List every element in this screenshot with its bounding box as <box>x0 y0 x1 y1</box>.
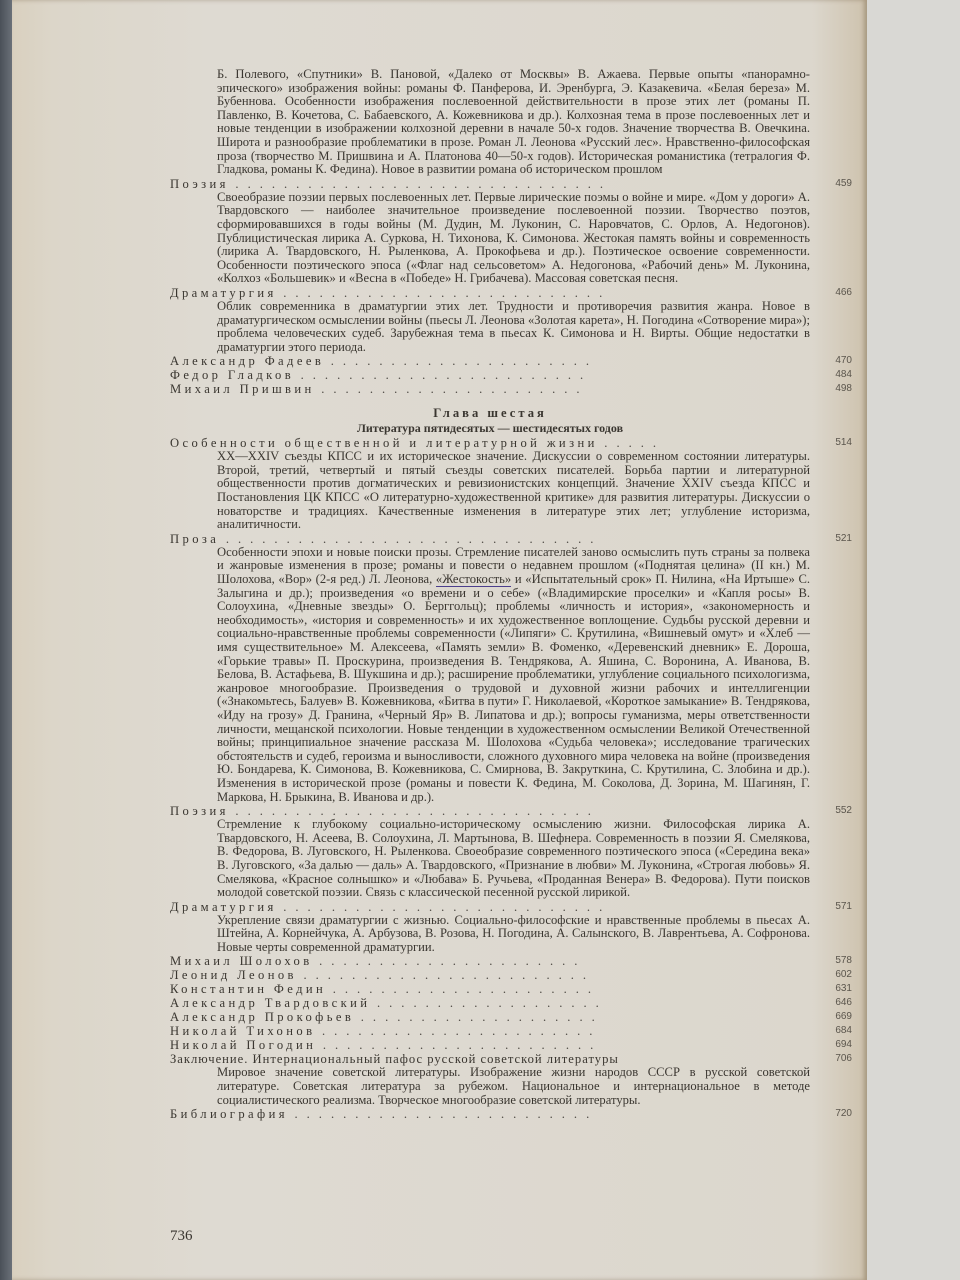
page-number: 706 <box>835 1052 852 1066</box>
leader-dots: ........................ <box>303 968 595 982</box>
leader-dots: .................... <box>361 1010 604 1024</box>
leader-dots: ....................... <box>322 1024 601 1038</box>
toc-entry-conclusion: Заключение. Интернациональный пафос русс… <box>170 1052 810 1066</box>
leader-dots: ............................... <box>235 177 612 191</box>
page-number: 552 <box>835 804 852 818</box>
page-number: 459 <box>835 177 852 191</box>
page-number: 578 <box>835 954 852 968</box>
toc-entry-bibliography: Библиография ......................... 7… <box>170 1107 810 1121</box>
leader-dots: ..... <box>604 436 665 450</box>
background-surface <box>867 0 960 1280</box>
entry-title: Особенности общественной и литературной … <box>170 436 598 450</box>
toc-author-entry: Константин Федин ......................6… <box>170 982 810 996</box>
entry-title: Драматургия <box>170 286 277 300</box>
author-name: Александр Твардовский <box>170 996 370 1010</box>
leader-dots: ........................ <box>301 368 593 382</box>
page-number: 514 <box>835 436 852 450</box>
page-number: 720 <box>835 1107 852 1121</box>
toc-entry-drama-5: Драматургия ........................... … <box>170 286 810 300</box>
entry-description: XX—XXIV съезды КПСС и их историческое зн… <box>217 450 810 532</box>
author-name: Федор Гладков <box>170 368 294 382</box>
author-name: Николай Погодин <box>170 1038 316 1052</box>
leader-dots: ...................... <box>331 354 598 368</box>
page-number: 646 <box>835 996 852 1010</box>
leader-dots: ....................... <box>323 1038 602 1052</box>
page-number: 602 <box>835 968 852 982</box>
author-name: Александр Прокофьев <box>170 1010 354 1024</box>
table-of-contents: Б. Полевого, «Спутники» В. Пановой, «Дал… <box>170 68 810 1121</box>
entry-description: Укрепление связи драматургии с жизнью. С… <box>217 914 810 955</box>
toc-author-entry: Михаил Пришвин ...................... 49… <box>170 382 810 396</box>
page-number: 498 <box>835 382 852 396</box>
toc-author-entry: Михаил Шолохов ......................578 <box>170 954 810 968</box>
leader-dots: .............................. <box>235 804 599 818</box>
toc-author-entry: Александр Фадеев ...................... … <box>170 354 810 368</box>
description-text: и «Испытательный срок» П. Нилина, «На Ир… <box>217 572 810 804</box>
page-number: 571 <box>835 900 852 914</box>
leader-dots: ...................... <box>321 382 588 396</box>
leader-dots: ...................... <box>319 954 586 968</box>
page-number: 684 <box>835 1024 852 1038</box>
leader-dots: ........................... <box>283 286 611 300</box>
author-name: Константин Федин <box>170 982 326 996</box>
entry-title: Драматургия <box>170 900 277 914</box>
toc-author-entry: Леонид Леонов ........................60… <box>170 968 810 982</box>
page-number: 521 <box>835 532 852 546</box>
toc-author-entry: Александр Твардовский ..................… <box>170 996 810 1010</box>
page-number: 466 <box>835 286 852 300</box>
page-number: 470 <box>835 354 852 368</box>
chapter-title: Литература пятидесятых — шестидесятых го… <box>170 420 810 436</box>
entry-description: Облик современника в драматургии этих ле… <box>217 300 810 354</box>
toc-entry-poetry-6: Поэзия .............................. 55… <box>170 804 810 818</box>
toc-author-entry: Николай Тихонов .......................6… <box>170 1024 810 1038</box>
author-name: Александр Фадеев <box>170 354 324 368</box>
chapter-label: Глава шестая <box>170 406 810 420</box>
toc-entry-drama-6: Драматургия ........................... … <box>170 900 810 914</box>
leader-dots: ...................... <box>333 982 600 996</box>
entry-description: Особенности эпохи и новые поиски прозы. … <box>217 546 810 804</box>
leader-dots: ................... <box>377 996 608 1010</box>
leader-dots: ......................... <box>295 1107 599 1121</box>
page-number: 669 <box>835 1010 852 1024</box>
entry-title: Библиография <box>170 1107 288 1121</box>
entry-title: Поэзия <box>170 177 229 191</box>
toc-author-entry: Николай Погодин .......................6… <box>170 1038 810 1052</box>
intro-paragraph: Б. Полевого, «Спутники» В. Пановой, «Дал… <box>217 68 810 177</box>
toc-entry-society: Особенности общественной и литературной … <box>170 436 810 450</box>
book-spine-edge <box>0 0 12 1280</box>
leader-dots: ............................... <box>226 532 603 546</box>
toc-author-entry: Александр Прокофьев ....................… <box>170 1010 810 1024</box>
entry-description: Мировое значение советской литературы. И… <box>217 1066 810 1107</box>
page-number: 631 <box>835 982 852 996</box>
page-number: 694 <box>835 1038 852 1052</box>
author-name: Михаил Пришвин <box>170 382 315 396</box>
entry-title: Поэзия <box>170 804 229 818</box>
toc-author-entry: Федор Гладков ........................ 4… <box>170 368 810 382</box>
author-name: Леонид Леонов <box>170 968 297 982</box>
entry-description: Своеобразие поэзии первых послевоенных л… <box>217 191 810 286</box>
entry-title: Заключение. Интернациональный пафос русс… <box>170 1052 619 1066</box>
leader-dots: ........................... <box>283 900 611 914</box>
author-name: Николай Тихонов <box>170 1024 315 1038</box>
author-name: Михаил Шолохов <box>170 954 313 968</box>
page-number: 484 <box>835 368 852 382</box>
entry-title: Проза <box>170 532 219 546</box>
toc-entry-poetry-5: Поэзия ............................... 4… <box>170 177 810 191</box>
entry-description: Стремление к глубокому социально-историч… <box>217 818 810 900</box>
toc-entry-prose-6: Проза ............................... 52… <box>170 532 810 546</box>
page-folio-number: 736 <box>170 1228 193 1245</box>
